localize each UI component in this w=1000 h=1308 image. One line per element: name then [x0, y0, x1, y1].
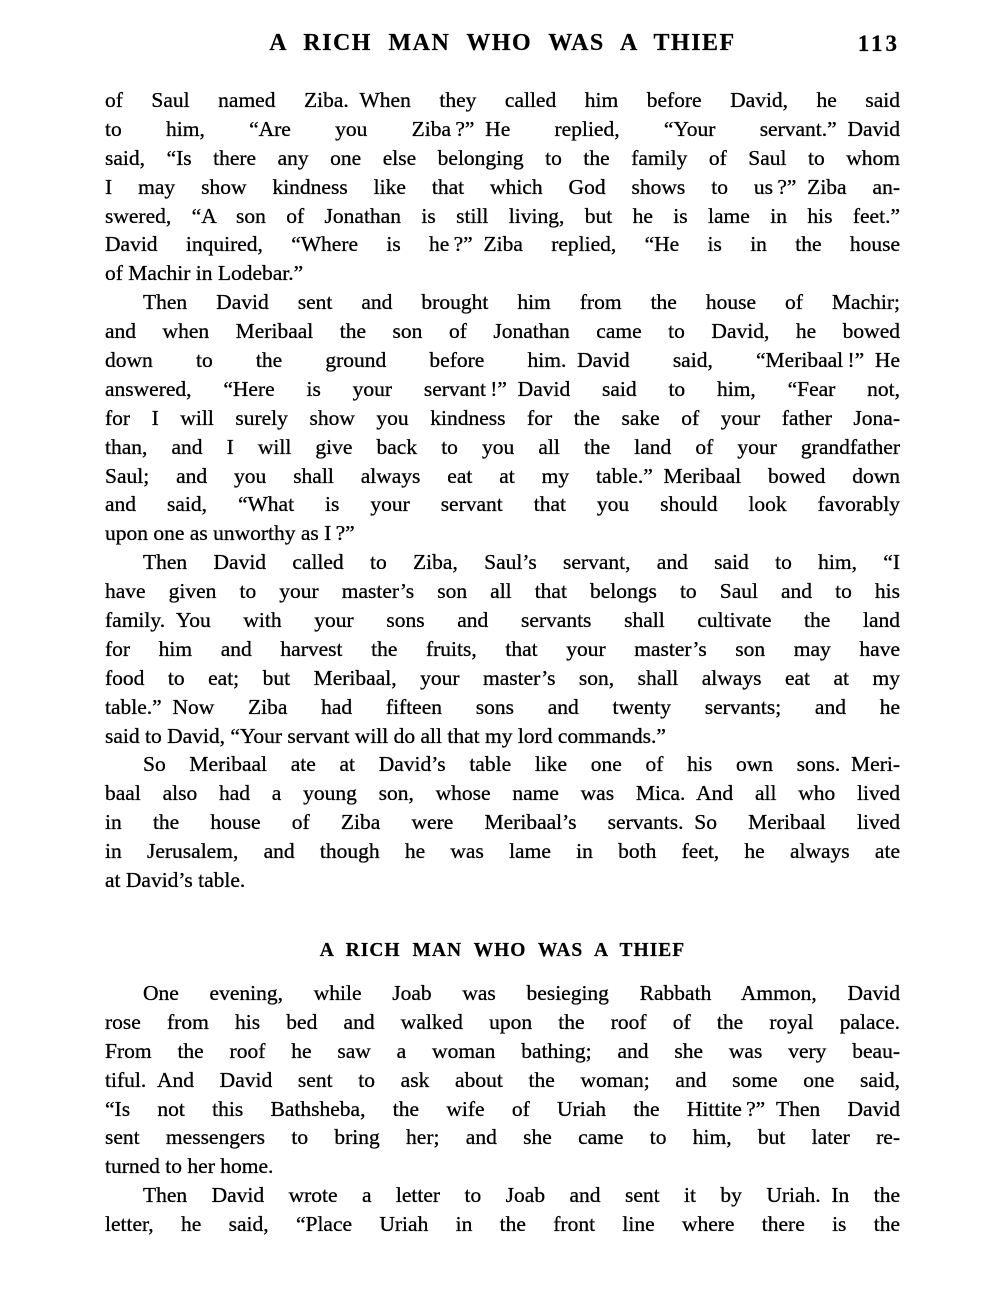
paragraph: Then David sent and brought him from the… — [105, 288, 900, 548]
text-line: Saul; and you shall always eat at my tab… — [105, 462, 900, 491]
text-line: to him, “Are you Ziba ?” He replied, “Yo… — [105, 115, 900, 144]
text-line: for him and harvest the fruits, that you… — [105, 635, 900, 664]
text-line: I may show kindness like that which God … — [105, 173, 900, 202]
text-line: sent messengers to bring her; and she ca… — [105, 1123, 900, 1152]
text-line: Then David wrote a letter to Joab and se… — [105, 1181, 900, 1210]
text-line: down to the ground before him. David sai… — [105, 346, 900, 375]
text-line: baal also had a young son, whose name wa… — [105, 779, 900, 808]
text-line: said, “Is there any one else belonging t… — [105, 144, 900, 173]
text-line: than, and I will give back to you all th… — [105, 433, 900, 462]
running-head: A RICH MAN WHO WAS A THIEF 113 — [105, 30, 900, 60]
page-body: of Saul named Ziba. When they called him… — [105, 86, 900, 1239]
text-line: and said, “What is your servant that you… — [105, 490, 900, 519]
text-line: for I will surely show you kindness for … — [105, 404, 900, 433]
text-line: of Saul named Ziba. When they called him… — [105, 86, 900, 115]
paragraph: So Meribaal ate at David’s table like on… — [105, 750, 900, 894]
text-line: upon one as unworthy as I ?” — [105, 519, 900, 548]
text-line: at David’s table. — [105, 866, 900, 895]
text-line: One evening, while Joab was besieging Ra… — [105, 979, 900, 1008]
text-line: family. You with your sons and servants … — [105, 606, 900, 635]
text-line: “Is not this Bathsheba, the wife of Uria… — [105, 1095, 900, 1124]
paragraph: One evening, while Joab was besieging Ra… — [105, 979, 900, 1181]
book-page-scan: { "page": { "running_head": { "title": "… — [0, 0, 1000, 1308]
text-line: Then David called to Ziba, Saul’s servan… — [105, 548, 900, 577]
text-line: have given to your master’s son all that… — [105, 577, 900, 606]
section-heading: A RICH MAN WHO WAS A THIEF — [105, 940, 900, 962]
page-number: 113 — [858, 31, 900, 57]
paragraph: of Saul named Ziba. When they called him… — [105, 86, 900, 288]
text-line: rose from his bed and walked upon the ro… — [105, 1008, 900, 1037]
running-head-title: A RICH MAN WHO WAS A THIEF — [105, 30, 900, 57]
text-line: David inquired, “Where is he ?” Ziba rep… — [105, 230, 900, 259]
text-line: So Meribaal ate at David’s table like on… — [105, 750, 900, 779]
text-line: answered, “Here is your servant !” David… — [105, 375, 900, 404]
text-line: From the roof he saw a woman bathing; an… — [105, 1037, 900, 1066]
text-line: swered, “A son of Jonathan is still livi… — [105, 202, 900, 231]
text-line: and when Meribaal the son of Jonathan ca… — [105, 317, 900, 346]
page-background: A RICH MAN WHO WAS A THIEF 113 of Saul n… — [0, 0, 1000, 1308]
text-line: table.” Now Ziba had fifteen sons and tw… — [105, 693, 900, 722]
text-line: in the house of Ziba were Meribaal’s ser… — [105, 808, 900, 837]
paragraph: Then David wrote a letter to Joab and se… — [105, 1181, 900, 1239]
text-line: letter, he said, “Place Uriah in the fro… — [105, 1210, 900, 1239]
text-line: turned to her home. — [105, 1152, 900, 1181]
text-line: food to eat; but Meribaal, your master’s… — [105, 664, 900, 693]
text-line: of Machir in Lodebar.” — [105, 259, 900, 288]
text-line: in Jerusalem, and though he was lame in … — [105, 837, 900, 866]
paragraph: Then David called to Ziba, Saul’s servan… — [105, 548, 900, 750]
text-line: Then David sent and brought him from the… — [105, 288, 900, 317]
text-line: tiful. And David sent to ask about the w… — [105, 1066, 900, 1095]
text-line: said to David, “Your servant will do all… — [105, 722, 900, 751]
